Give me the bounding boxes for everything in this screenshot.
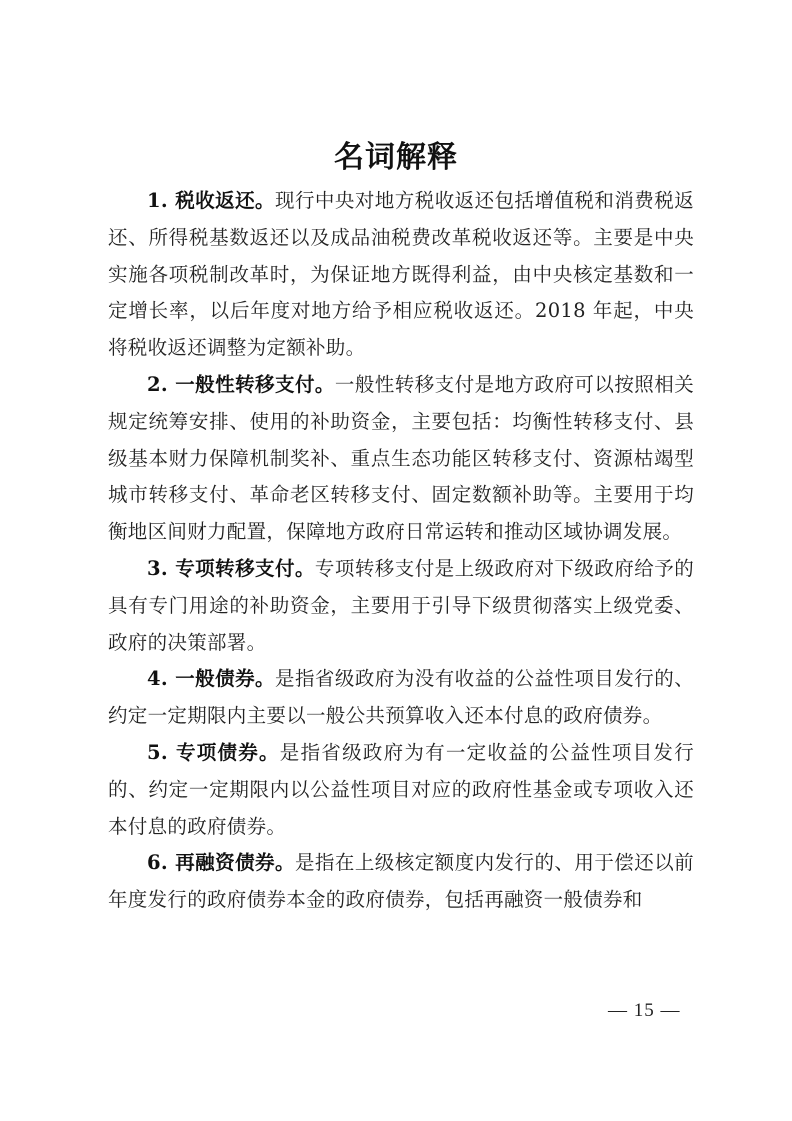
glossary-body: 1. 税收返还。现行中央对地方税收返还包括增值税和消费税返还、所得税基数返还以及… [108, 183, 694, 919]
entry-term: 5. 专项债券。 [147, 741, 280, 764]
entry-term: 6. 再融资债券。 [147, 851, 295, 874]
glossary-entry-special-bond: 5. 专项债券。是指省级政府为有一定收益的公益性项目发行的、约定一定期限内以公益… [108, 735, 694, 845]
glossary-entry-refinancing-bond: 6. 再融资债券。是指在上级核定额度内发行的、用于偿还以前年度发行的政府债券本金… [108, 845, 694, 919]
glossary-entry-tax-rebate: 1. 税收返还。现行中央对地方税收返还包括增值税和消费税返还、所得税基数返还以及… [108, 183, 694, 367]
page-number: — 15 — [608, 1000, 681, 1022]
entry-term: 2. 一般性转移支付。 [147, 373, 335, 396]
entry-term: 1. 税收返还。 [147, 189, 275, 212]
entry-term: 4. 一般债券。 [147, 667, 275, 690]
entry-definition: 一般性转移支付是地方政府可以按照相关规定统筹安排、使用的补助资金，主要包括：均衡… [108, 373, 694, 543]
document-page: 名词解释 1. 税收返还。现行中央对地方税收返还包括增值税和消费税返还、所得税基… [0, 0, 792, 1121]
glossary-entry-special-transfer: 3. 专项转移支付。专项转移支付是上级政府对下级政府给予的具有专门用途的补助资金… [108, 551, 694, 661]
glossary-entry-general-transfer: 2. 一般性转移支付。一般性转移支付是地方政府可以按照相关规定统筹安排、使用的补… [108, 367, 694, 551]
page-title: 名词解释 [0, 138, 792, 178]
glossary-entry-general-bond: 4. 一般债券。是指省级政府为没有收益的公益性项目发行的、约定一定期限内主要以一… [108, 661, 694, 735]
entry-definition: 现行中央对地方税收返还包括增值税和消费税返还、所得税基数返还以及成品油税费改革税… [108, 189, 694, 359]
entry-term: 3. 专项转移支付。 [147, 557, 315, 580]
